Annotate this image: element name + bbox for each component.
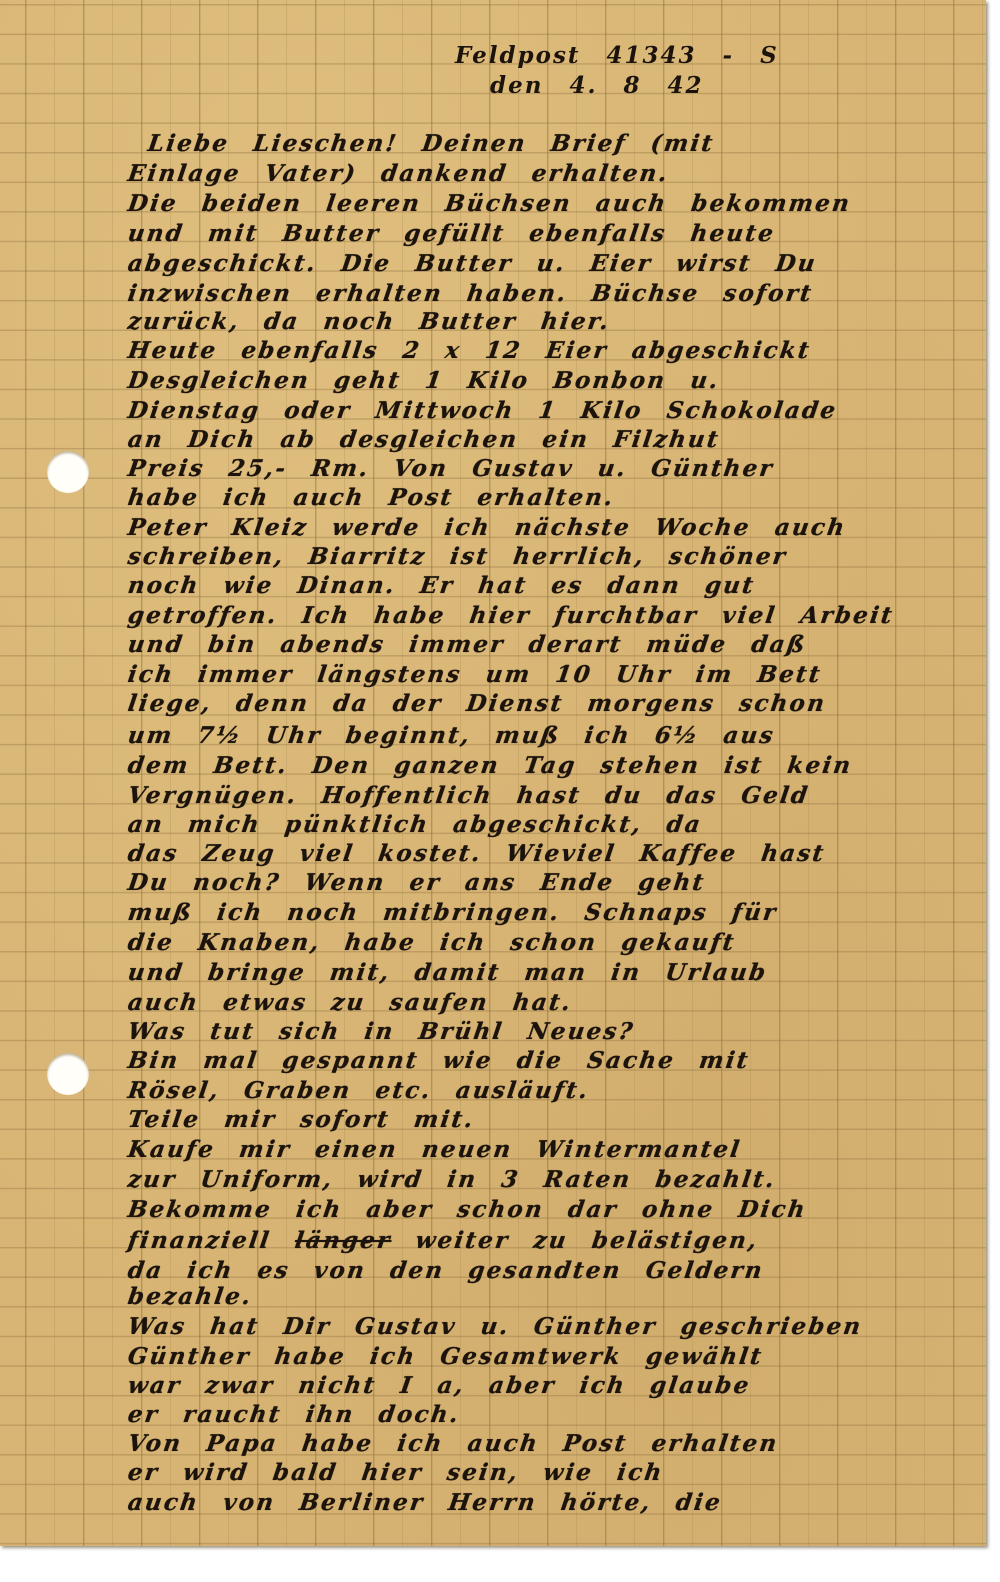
body-line: getroffen. Ich habe hier furchtbar viel … (126, 602, 896, 629)
body-line: Preis 25,- Rm. Von Gustav u. Günther (126, 455, 776, 482)
body-line: Du noch? Wenn er ans Ende geht (126, 869, 707, 896)
body-line: bezahle. (126, 1283, 254, 1310)
body-line: Dienstag oder Mittwoch 1 Kilo Schokolade (126, 397, 839, 424)
body-line: auch von Berliner Herrn hörte, die (126, 1489, 724, 1516)
body-line: und bin abends immer derart müde daß (126, 631, 808, 658)
body-line: Vergnügen. Hoffentlich hast du das Geld (126, 782, 811, 809)
body-line: er wird bald hier sein, wie ich (126, 1459, 665, 1486)
body-line: Rösel, Graben etc. ausläuft. (126, 1077, 591, 1104)
body-line: das Zeug viel kostet. Wieviel Kaffee has… (126, 840, 827, 867)
body-line: er raucht ihn doch. (126, 1401, 462, 1428)
body-line: Was hat Dir Gustav u. Günther geschriebe… (126, 1313, 864, 1340)
body-line: Liebe Lieschen! Deinen Brief (mit (146, 130, 716, 157)
header-feldpost: Feldpost 41343 - S (455, 42, 779, 69)
body-line: ich immer längstens um 10 Uhr im Bett (126, 661, 824, 688)
body-line: zurück, da noch Butter hier. (126, 308, 612, 335)
struck-word: länger (293, 1227, 393, 1254)
body-line: Peter Kleiz werde ich nächste Woche auch (126, 514, 848, 541)
body-line: habe ich auch Post erhalten. (126, 484, 616, 511)
letter-paper: Feldpost 41343 - S den 4. 8 42 Liebe Lie… (0, 0, 986, 1546)
body-line: schreiben, Biarritz ist herrlich, schöne… (126, 543, 789, 570)
body-line: finanziell länger weiter zu belästigen, (126, 1227, 760, 1254)
body-line: Von Papa habe ich auch Post erhalten (126, 1430, 780, 1457)
body-line: Bekomme ich aber schon dar ohne Dich (126, 1196, 809, 1223)
body-line: die Knaben, habe ich schon gekauft (126, 929, 737, 956)
body-line: und mit Butter gefüllt ebenfalls heute (126, 220, 777, 247)
punch-hole-bottom (47, 1053, 89, 1095)
body-line: Die beiden leeren Büchsen auch bekommen (126, 190, 853, 217)
body-line: an mich pünktlich abgeschickt, da (126, 811, 704, 838)
body-line: da ich es von den gesandten Geldern (126, 1257, 766, 1284)
body-line: Heute ebenfalls 2 x 12 Eier abgeschickt (126, 337, 813, 364)
body-line: und bringe mit, damit man in Urlaub (126, 959, 769, 986)
body-line: Kaufe mir einen neuen Wintermantel (126, 1136, 743, 1163)
punch-hole-top (47, 451, 89, 493)
body-line: zur Uniform, wird in 3 Raten bezahlt. (126, 1166, 778, 1193)
body-line: Was tut sich in Brühl Neues? (126, 1018, 636, 1045)
body-line: muß ich noch mitbringen. Schnaps für (126, 899, 779, 926)
body-line: Bin mal gespannt wie die Sache mit (126, 1047, 751, 1074)
body-line: liege, denn da der Dienst morgens schon (126, 690, 828, 717)
body-line: noch wie Dinan. Er hat es dann gut (126, 572, 757, 599)
body-line: an Dich ab desgleichen ein Filzhut (126, 426, 722, 453)
body-line: inzwischen erhalten haben. Büchse sofort (126, 280, 815, 307)
body-line: auch etwas zu saufen hat. (126, 989, 574, 1016)
body-line: Einlage Vater) dankend erhalten. (126, 160, 671, 187)
body-line: war zwar nicht I a, aber ich glaube (126, 1372, 752, 1399)
body-line: Desgleichen geht 1 Kilo Bonbon u. (126, 367, 721, 394)
body-line: Günther habe ich Gesamtwerk gewählt (126, 1343, 765, 1370)
body-line: dem Bett. Den ganzen Tag stehen ist kein (126, 752, 854, 779)
header-date: den 4. 8 42 (490, 72, 703, 99)
body-line: abgeschickt. Die Butter u. Eier wirst Du (126, 250, 819, 277)
body-line: um 7½ Uhr beginnt, muß ich 6½ aus (126, 722, 777, 749)
body-line: Teile mir sofort mit. (126, 1106, 476, 1133)
